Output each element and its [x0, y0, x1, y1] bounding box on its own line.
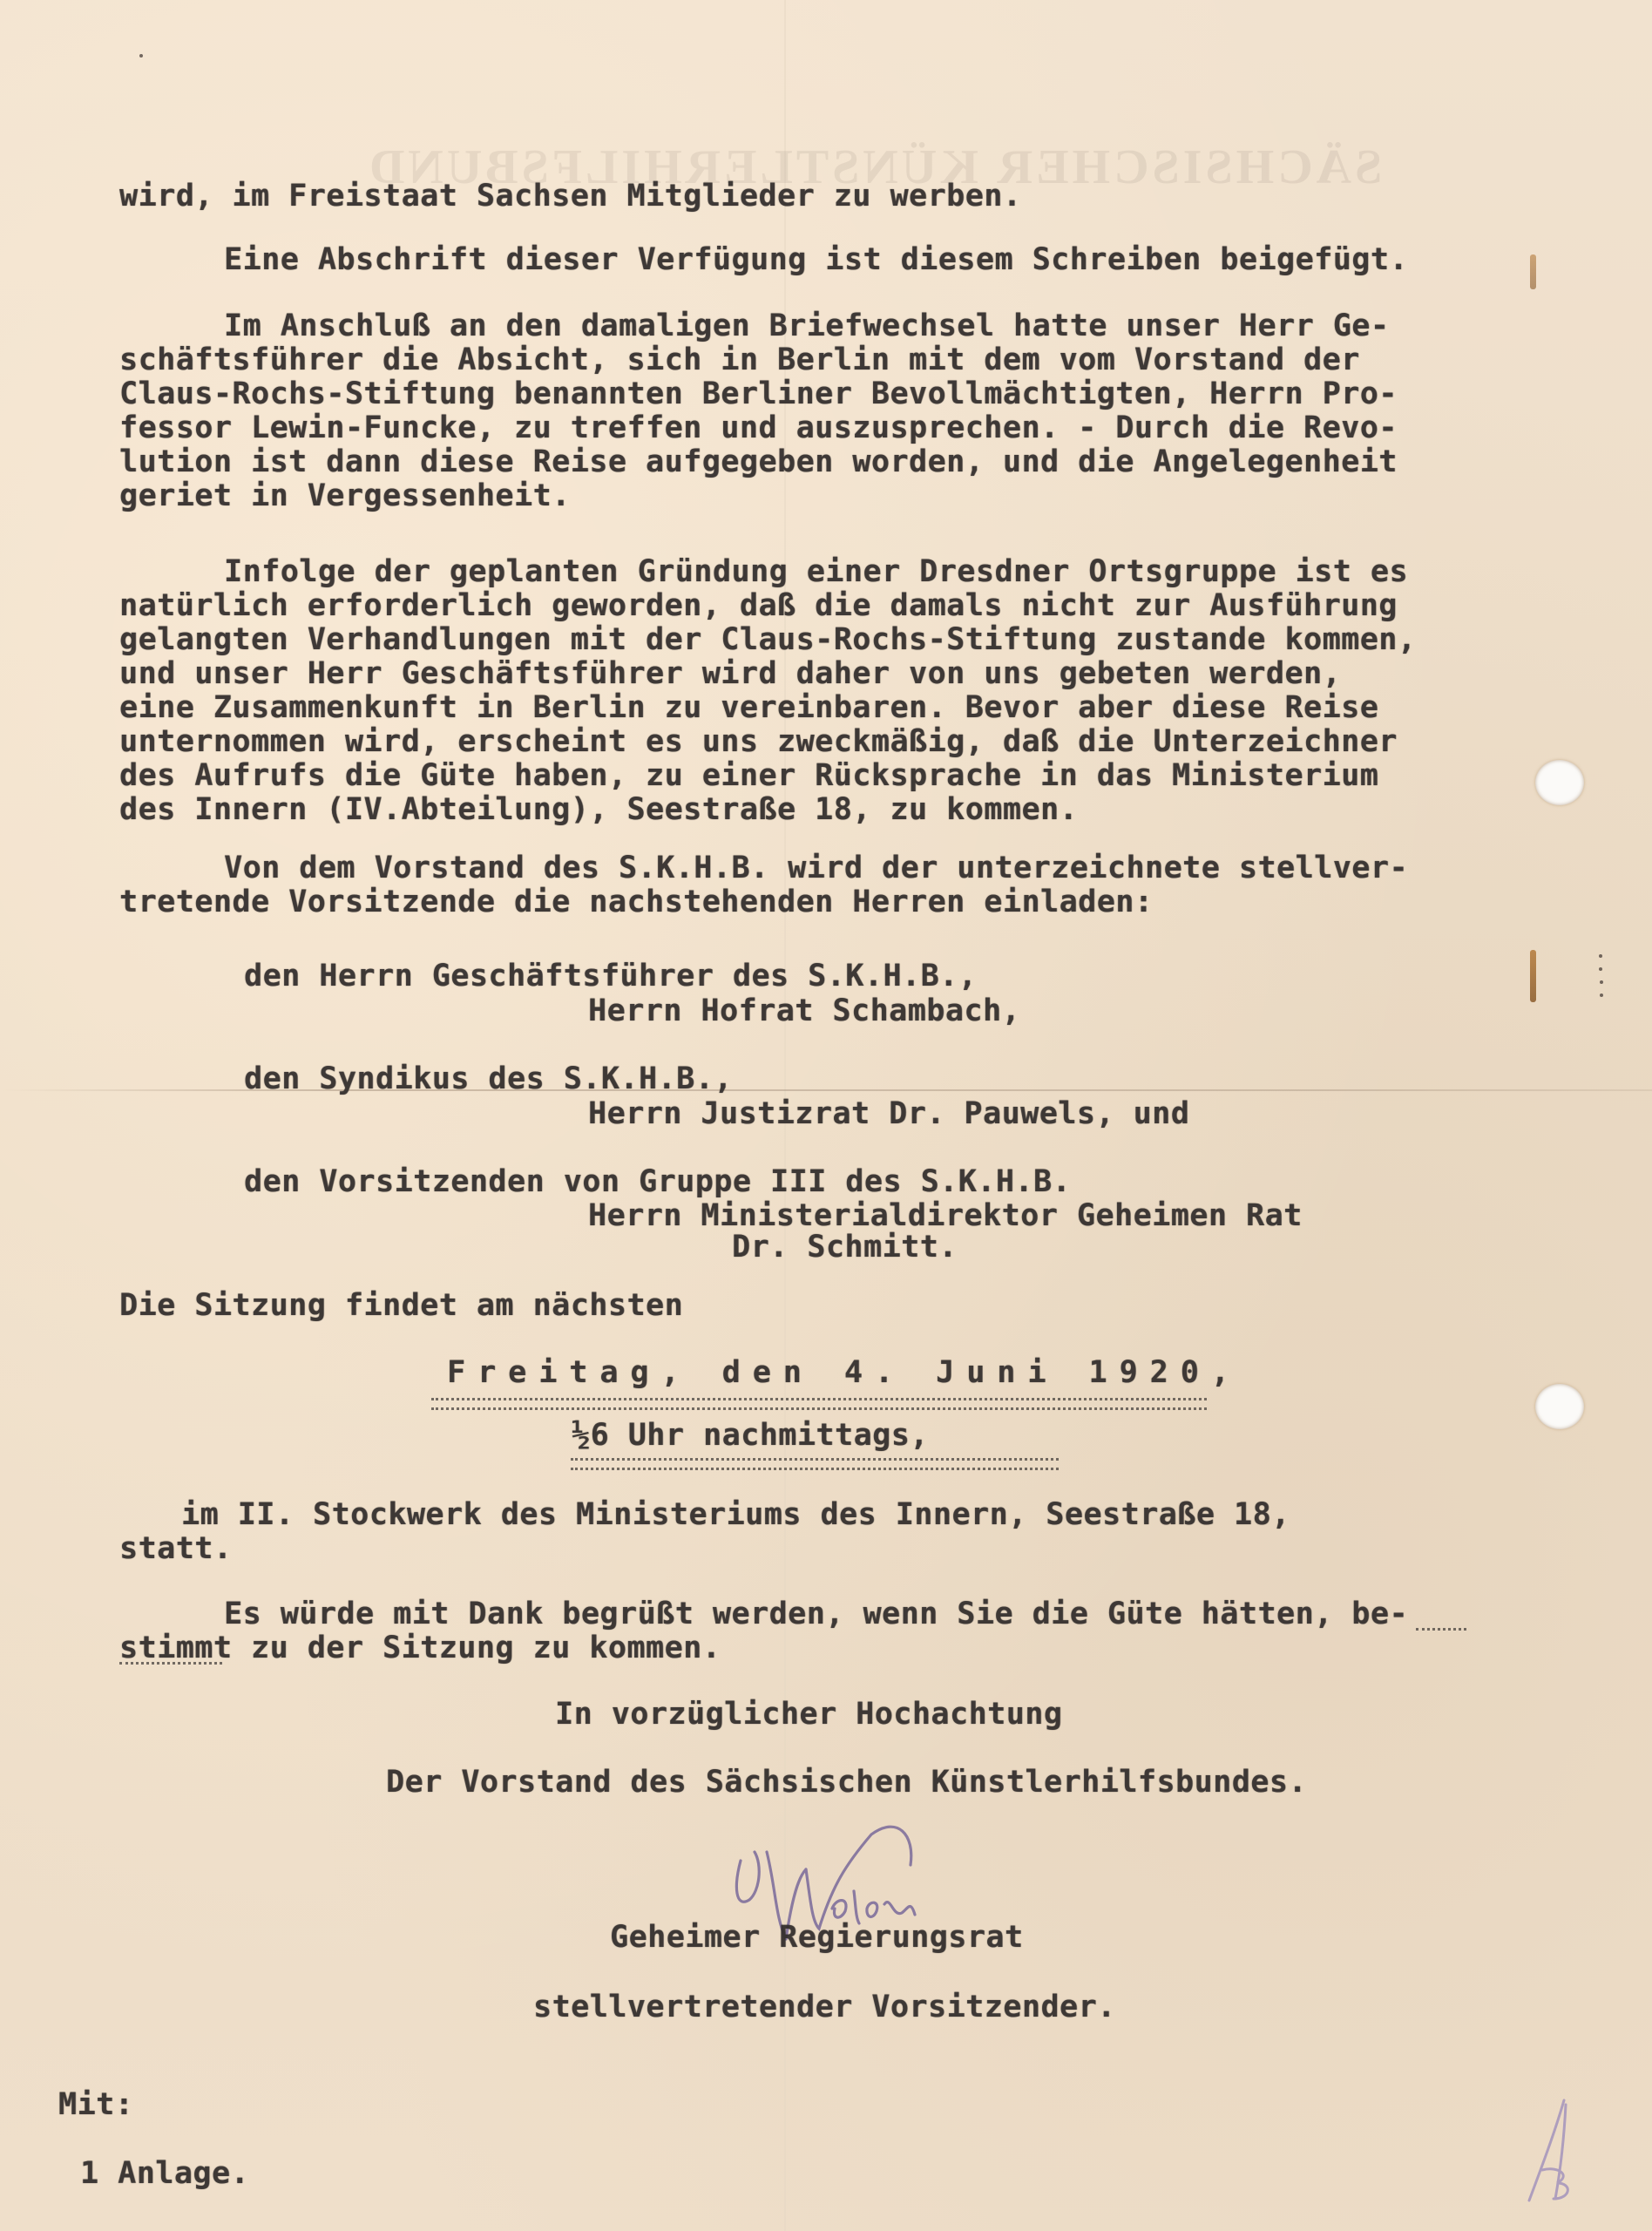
invitee-name: Herrn Hofrat Schambach, — [588, 993, 1020, 1028]
meeting-date: Freitag, den 4. Juni 1920, — [447, 1355, 1242, 1390]
rust-stain — [1530, 254, 1536, 289]
text-line: des Innern (IV.Abteilung), Seestraße 18,… — [119, 792, 1078, 827]
text-line: des Aufrufs die Güte haben, zu einer Rüc… — [119, 758, 1378, 793]
text-line: stimmt zu der Sitzung zu kommen. — [119, 1631, 721, 1665]
text-line: Infolge der geplanten Gründung einer Dre… — [224, 554, 1408, 589]
underline — [119, 1662, 222, 1665]
invitee-role: den Herrn Geschäftsführer des S.K.H.B., — [244, 959, 977, 993]
meeting-location-end: statt. — [119, 1531, 232, 1566]
meeting-intro: Die Sitzung findet am nächsten — [119, 1288, 683, 1323]
speck — [1599, 954, 1602, 958]
invitee-name: Dr. Schmitt. — [732, 1230, 958, 1265]
handwritten-initial-icon — [1512, 2096, 1590, 2209]
double-underline — [431, 1398, 1207, 1410]
text-line: wird, im Freistaat Sachsen Mitglieder zu… — [119, 179, 1021, 214]
sender: Der Vorstand des Sächsischen Künstlerhil… — [386, 1765, 1307, 1800]
punch-hole — [1535, 760, 1584, 805]
text-line: gelangten Verhandlungen mit der Claus-Ro… — [119, 622, 1416, 657]
enclosure-label: Mit: — [58, 2087, 133, 2122]
speck — [139, 54, 143, 58]
text-line: geriet in Vergessenheit. — [119, 478, 571, 513]
text-line: Claus-Rochs-Stiftung benannten Berliner … — [119, 376, 1398, 411]
invitee-name: Herrn Ministerialdirektor Geheimen Rat — [588, 1198, 1303, 1233]
text-line: eine Zusammenkunft in Berlin zu vereinba… — [119, 690, 1378, 725]
meeting-time: ½6 Uhr nachmittags, — [572, 1418, 929, 1453]
underline — [1416, 1628, 1466, 1631]
enclosure-item: 1 Anlage. — [80, 2156, 249, 2191]
invitee-role: den Syndikus des S.K.H.B., — [244, 1061, 733, 1096]
text-line: unternommen wird, erscheint es uns zweck… — [119, 724, 1398, 759]
text-line: fessor Lewin-Funcke, zu treffen und ausz… — [119, 410, 1398, 445]
rust-stain — [1530, 950, 1536, 1002]
text-line: Eine Abschrift dieser Verfügung ist dies… — [224, 242, 1408, 277]
punch-hole — [1535, 1384, 1584, 1429]
text-line: schäftsführer die Absicht, sich in Berli… — [119, 342, 1360, 377]
double-underline — [571, 1458, 1059, 1470]
meeting-location: im II. Stockwerk des Ministeriums des In… — [181, 1497, 1290, 1532]
letter-page: SÄCHSISCHER KÜNSTLERHILFSBUND wird, im F… — [0, 0, 1652, 2231]
text-line: und unser Herr Geschäftsführer wird dahe… — [119, 656, 1341, 691]
text-line: natürlich erforderlich geworden, daß die… — [119, 588, 1398, 623]
text-line: tretende Vorsitzende die nachstehenden H… — [119, 885, 1153, 919]
text-line: Von dem Vorstand des S.K.H.B. wird der u… — [224, 851, 1408, 885]
signer-title: Geheimer Regierungsrat — [610, 1920, 1024, 1955]
salutation: In vorzüglicher Hochachtung — [555, 1697, 1062, 1732]
text-line: Im Anschluß an den damaligen Briefwechse… — [224, 309, 1389, 343]
invitee-role: den Vorsitzenden von Gruppe III des S.K.… — [244, 1164, 1071, 1199]
signer-position: stellvertretender Vorsitzender. — [533, 1990, 1116, 2024]
speck — [1600, 980, 1603, 984]
text-line: Es würde mit Dank begrüßt werden, wenn S… — [224, 1597, 1408, 1631]
text-line: lution ist dann diese Reise aufgegeben w… — [119, 444, 1398, 479]
speck — [1600, 993, 1603, 997]
speck — [1599, 967, 1602, 971]
invitee-name: Herrn Justizrat Dr. Pauwels, und — [588, 1096, 1189, 1131]
